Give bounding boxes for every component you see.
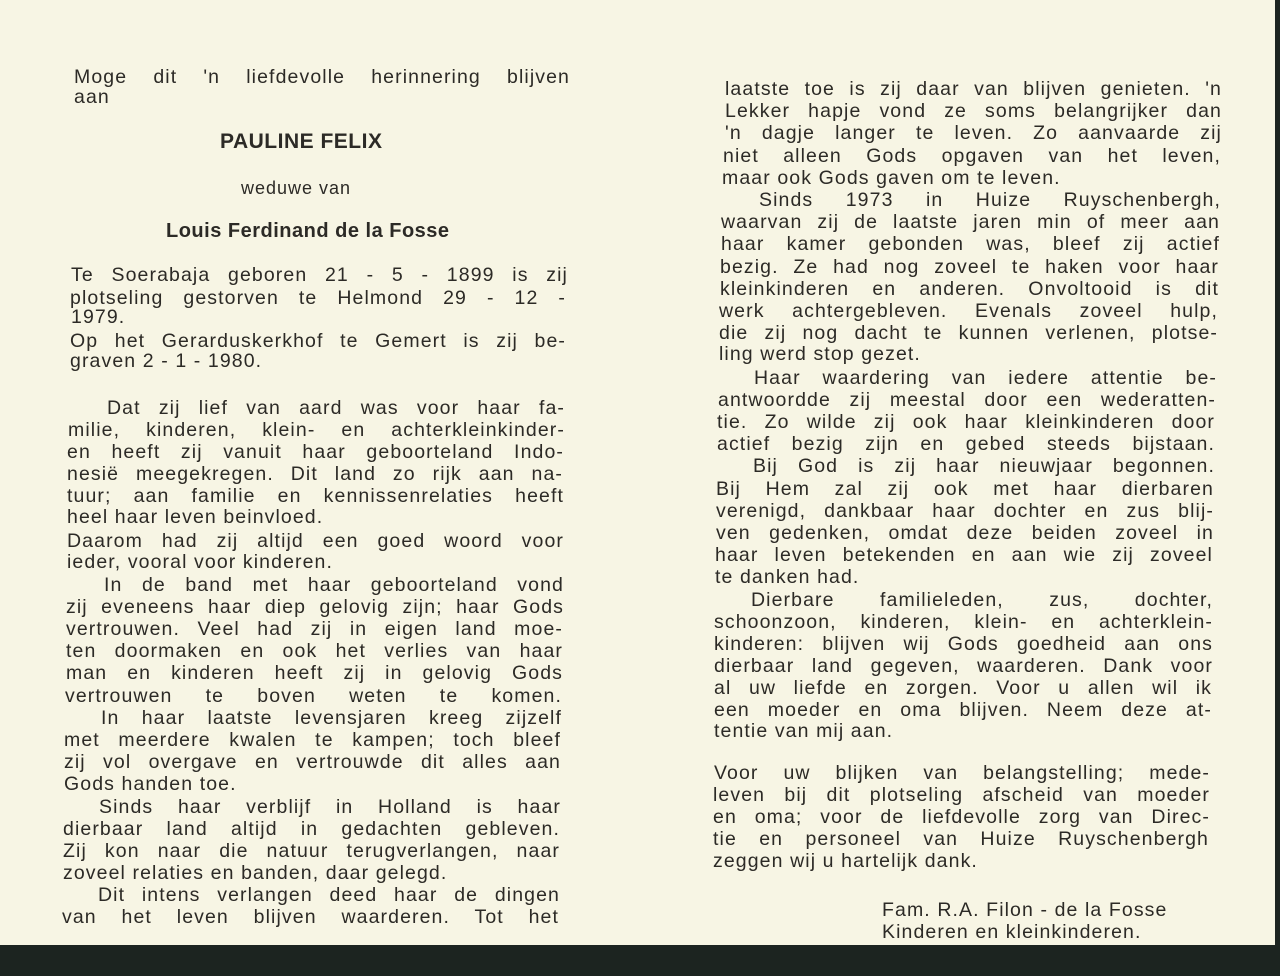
body-line: ling werd stop gezet. [719, 343, 921, 365]
body-line: waarvan zij de laatste jaren min of meer… [721, 211, 1220, 233]
body-line: Bij Hem zal zij ook met haar dierbaren [716, 478, 1214, 500]
thanks-line: leven bij dit plotseling afscheid van mo… [713, 784, 1210, 806]
body-line: dierbaar land altijd in gedachten geblev… [63, 818, 560, 840]
body-line: van het leven blijven waarderen. Tot het [62, 906, 559, 928]
body-line: laatste toe is zij daar van blijven geni… [725, 78, 1222, 100]
thanks-line: en oma; voor de liefdevolle zorg van Dir… [713, 806, 1210, 828]
body-line: tuur; aan familie en kennissenrelaties h… [67, 485, 564, 507]
dates-line: graven 2 - 1 - 1980. [70, 350, 262, 372]
body-line: ieder, vooral voor kinderen. [67, 551, 333, 573]
body-line: haar kamer gebonden was, bleef zij actie… [721, 233, 1220, 255]
body-line: zij eveneens haar diep gelovig zijn; haa… [66, 596, 564, 618]
body-line: Sinds haar verblijf in Holland is haar [99, 796, 561, 818]
body-line: kinderen: blijven wij Gods goedheid aan … [714, 633, 1213, 655]
body-line: ten doormaken en ook het verlies van haa… [66, 640, 563, 662]
body-line: man en kinderen heeft zij in gelovig God… [66, 662, 563, 684]
body-line: dierbaar land gegeven, waarderen. Dank v… [714, 655, 1213, 677]
body-line: In de band met haar geboorteland vond [104, 574, 564, 596]
body-line: bezig. Ze had nog zoveel te haken voor h… [720, 256, 1219, 278]
body-line: heel haar leven beinvloed. [67, 506, 323, 528]
body-line: Bij God is zij haar nieuwjaar begonnen. [753, 455, 1215, 477]
body-line: Dat zij lief van aard was voor haar fa- [107, 397, 565, 419]
body-line: antwoordde zij meestal door een wederatt… [718, 389, 1216, 411]
body-line: haar leven betekenden en aan wie zij zov… [715, 544, 1213, 566]
body-line: schoonzoon, kinderen, klein- en achterkl… [714, 611, 1213, 633]
dates-line: Te Soerabaja geboren 21 - 5 - 1899 is zi… [71, 264, 568, 286]
spouse-name: Louis Ferdinand de la Fosse [166, 219, 450, 243]
thanks-line: tie en personeel van Huize Ruyschenbergh [713, 828, 1209, 850]
body-line: met meerdere kwalen te kampen; toch blee… [64, 729, 561, 751]
body-line: die zij nog dacht te kunnen verlenen, pl… [719, 322, 1218, 344]
body-line: milie, kinderen, klein- en achterkleinki… [68, 419, 565, 441]
body-line: vertrouwen te boven weten te komen. [65, 685, 562, 707]
body-line: Dierbare familieleden, zus, dochter, [751, 589, 1213, 611]
body-line: al uw liefde en zorgen. Voor u allen wil… [714, 677, 1212, 699]
body-line: Lekker hapje vond ze soms belangrijker d… [725, 100, 1222, 122]
body-line: niet alleen Gods opgaven van het leven, [723, 145, 1221, 167]
body-line: nesië meegekregen. Dit land zo rijk aan … [67, 463, 563, 485]
body-line: 'n dagje langer te leven. Zo aanvaarde z… [725, 122, 1222, 144]
intro-line: Moge dit 'n liefdevolle herinnering blij… [74, 66, 570, 88]
thanks-line: Voor uw blijken van belangstelling; mede… [714, 762, 1210, 784]
signature-line: Kinderen en kleinkinderen. [882, 921, 1142, 943]
body-line: actief bezig zijn en gebed steeds bijsta… [717, 433, 1215, 455]
body-line: ven gedenken, omdat deze beiden zoveel i… [716, 522, 1214, 544]
dates-line: plotseling gestorven te Helmond 29 - 12 … [70, 287, 566, 309]
body-line: zoveel relaties en banden, daar gelegd. [63, 862, 447, 884]
body-line: tie. Zo wilde zij ook haar kleinkinderen… [717, 411, 1215, 433]
body-line: tentie van mij aan. [714, 720, 893, 742]
intro-line: aan [74, 86, 110, 108]
signature-line: Fam. R.A. Filon - de la Fosse [882, 899, 1167, 921]
body-line: kleinkinderen en anderen. Onvoltooid is … [720, 278, 1219, 300]
body-line: Zij kon naar die natuur terugverlangen, … [63, 840, 560, 862]
body-line: zij vol overgave en vertrouwde dit alles… [64, 751, 561, 773]
body-line: te danken had. [715, 566, 859, 588]
body-line: Sinds 1973 in Huize Ruyschenbergh, [759, 189, 1221, 211]
relation-text: weduwe van [241, 177, 351, 199]
body-line: Dit intens verlangen deed haar de dingen [98, 884, 560, 906]
body-line: In haar laatste levensjaren kreeg zijzel… [101, 707, 562, 729]
memorial-card: Moge dit 'n liefdevolle herinnering blij… [0, 0, 1275, 945]
dates-line: 1979. [71, 306, 125, 328]
body-line: vertrouwen. Veel had zij in eigen land m… [66, 618, 563, 640]
dates-line: Op het Gerarduskerkhof te Gemert is zij … [70, 330, 566, 352]
body-line: en heeft zij vanuit haar geboorteland In… [67, 441, 564, 463]
thanks-line: zeggen wij u hartelijk dank. [713, 850, 978, 872]
body-line: Gods handen toe. [64, 773, 237, 795]
body-line: Daarom had zij altijd een goed woord voo… [67, 530, 564, 552]
body-line: Haar waardering van iedere attentie be- [754, 367, 1217, 389]
body-line: maar ook Gods gaven om te leven. [722, 167, 1061, 189]
deceased-name: PAULINE FELIX [220, 130, 382, 154]
body-line: verenigd, dankbaar haar dochter en zus b… [716, 500, 1214, 522]
body-line: werk achtergebleven. Evenals zoveel hulp… [719, 300, 1218, 322]
body-line: een moeder en oma blijven. Neem deze at- [714, 699, 1212, 721]
